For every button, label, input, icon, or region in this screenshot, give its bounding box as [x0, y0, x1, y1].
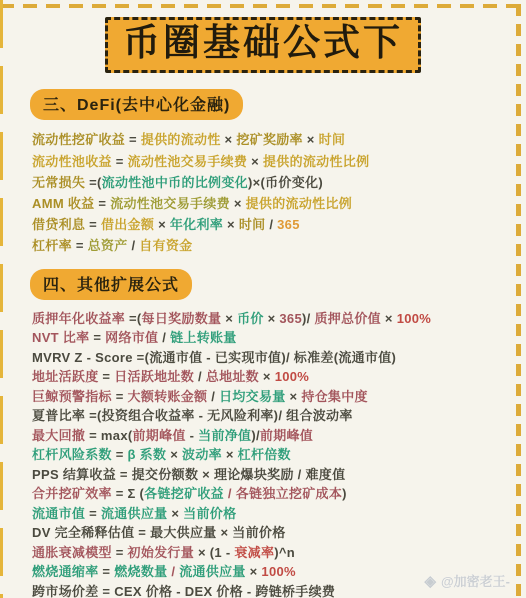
- formula-line: 流动性池收益 = 流动性池交易手续费 × 提供的流动性比例: [32, 151, 526, 172]
- formula-segment: 合并挖矿效率: [32, 486, 116, 501]
- formula-segment: 杠杆率: [32, 238, 76, 253]
- formula-line: AMM 收益 = 流动性池交易手续费 × 提供的流动性比例: [32, 193, 526, 214]
- formula-segment: =: [89, 217, 101, 232]
- formula-segment: 质押总价值: [314, 311, 384, 326]
- formula-segment: 借出金额: [101, 217, 158, 232]
- formula-line: 最大回撤 = max(前期峰值 - 当前净值)/前期峰值: [32, 426, 526, 446]
- formula-segment: 年化利率: [170, 217, 227, 232]
- formula-segment: /: [162, 330, 170, 345]
- section-defi: 三、DeFi(去中心化金融) 流动性挖矿收益 = 提供的流动性 × 挖矿奖励率 …: [0, 73, 526, 256]
- formula-segment: /: [228, 486, 236, 501]
- formula-segment: 币价: [237, 311, 268, 326]
- formula-segment: 通胀衰减模型: [32, 545, 116, 560]
- formula-segment: 借贷利息: [32, 217, 89, 232]
- formula-line: MVRV Z - Score =(流通市值 - 已实现市值)/ 标准差(流通市值…: [32, 348, 526, 368]
- formula-segment: ×: [225, 311, 237, 326]
- dashed-border-left: [0, 0, 3, 598]
- formula-line: 质押年化收益率 =(每日奖励数量 × 币价 × 365)/ 质押总价值 × 10…: [32, 309, 526, 329]
- formula-segment: 100%: [397, 311, 431, 326]
- formula-segment: 当前价格: [183, 506, 236, 521]
- section-extended: 四、其他扩展公式 质押年化收益率 =(每日奖励数量 × 币价 × 365)/ 质…: [0, 257, 526, 598]
- section-extended-heading-pill: 四、其他扩展公式: [30, 269, 192, 300]
- page-title: 币圈基础公式下: [123, 21, 403, 65]
- diamond-icon: ◈: [424, 572, 436, 590]
- formula-line: 流动性挖矿收益 = 提供的流动性 × 挖矿奖励率 × 时间: [32, 129, 526, 150]
- formula-segment: 流通供应量: [101, 506, 171, 521]
- formula-segment: 前期峰值: [132, 428, 189, 443]
- title-box: 币圈基础公式下: [105, 17, 421, 73]
- formula-segment: 跨市场价差 = CEX 价格 - DEX 价格 - 跨链桥手续费: [32, 584, 335, 598]
- formula-segment: 提供的流动性比例: [263, 154, 369, 169]
- formula-segment: 流动性池交易手续费: [128, 154, 252, 169]
- formula-segment: /: [269, 217, 277, 232]
- formula-segment: 100%: [275, 369, 309, 384]
- watermark-handle: @加密老王-: [441, 571, 510, 590]
- formula-segment: 燃烧通缩率: [32, 564, 102, 579]
- formula-segment: =: [89, 506, 101, 521]
- formula-segment: = max(: [89, 428, 132, 443]
- formula-segment: -: [190, 428, 199, 443]
- formula-line: 借贷利息 = 借出金额 × 年化利率 × 时间 / 365: [32, 214, 526, 235]
- formula-line: 合并挖矿效率 = Σ (各链挖矿收益 / 各链独立挖矿成本): [32, 484, 526, 504]
- dashed-border-top: [0, 4, 526, 8]
- formula-segment: 衰减率: [234, 545, 274, 560]
- formula-line: 巨鲸预警指标 = 大额转账金额 / 日均交易量 × 持仓集中度: [32, 387, 526, 407]
- formula-segment: ×: [385, 311, 397, 326]
- formula-segment: 币价变化): [265, 175, 323, 190]
- formula-segment: 初始发行量: [128, 545, 198, 560]
- formula-segment: )×(: [248, 175, 265, 190]
- formula-segment: 大额转账金额: [128, 389, 212, 404]
- formula-segment: ×: [263, 369, 275, 384]
- formula-segment: 流动性挖矿收益: [32, 132, 129, 147]
- formula-segment: 巨鲸预警指标: [32, 389, 116, 404]
- formula-segment: 杠杆倍数: [238, 447, 291, 462]
- formula-segment: 时间: [319, 132, 346, 147]
- formula-segment: ×: [171, 506, 183, 521]
- formula-line: 无常损失 =(流动性池中币的比例变化)×(币价变化): [32, 172, 526, 193]
- formula-segment: 链上转账量: [170, 330, 237, 345]
- formula-segment: 质押年化收益率: [32, 311, 129, 326]
- formula-segment: 杠杆风险系数: [32, 447, 116, 462]
- formula-segment: AMM 收益: [32, 196, 98, 211]
- formula-segment: ×: [290, 389, 302, 404]
- formula-segment: 365: [279, 311, 302, 326]
- formula-segment: )^n: [274, 545, 295, 560]
- formula-segment: =: [98, 196, 110, 211]
- formula-segment: ×: [227, 217, 239, 232]
- formula-segment: 365: [277, 217, 300, 232]
- formula-segment: =: [116, 447, 128, 462]
- formula-segment: 地址活跃度: [32, 369, 102, 384]
- formula-segment: )/: [251, 428, 260, 443]
- formula-segment: 挖矿奖励率: [236, 132, 306, 147]
- formula-segment: 无常损失: [32, 175, 89, 190]
- formula-segment: ×: [158, 217, 170, 232]
- formula-segment: 流通供应量: [179, 564, 249, 579]
- formula-segment: 前期峰值: [260, 428, 313, 443]
- formula-segment: NVT 比率: [32, 330, 93, 345]
- formula-line: 地址活跃度 = 日活跃地址数 / 总地址数 × 100%: [32, 367, 526, 387]
- formula-list-defi: 流动性挖矿收益 = 提供的流动性 × 挖矿奖励率 × 时间流动性池收益 = 流动…: [32, 129, 526, 256]
- formula-segment: ): [342, 486, 347, 501]
- formula-segment: 夏普比率 =(投资组合收益率 - 无风险利率)/ 组合波动率: [32, 408, 353, 423]
- formula-segment: ×: [170, 447, 182, 462]
- formula-line: 夏普比率 =(投资组合收益率 - 无风险利率)/ 组合波动率: [32, 406, 526, 426]
- formula-segment: 燃烧数量: [114, 564, 171, 579]
- formula-segment: 提供的流动性比例: [246, 196, 352, 211]
- formula-segment: β 系数: [128, 447, 171, 462]
- formula-segment: 各链挖矿收益: [144, 486, 228, 501]
- formula-segment: 日均交易量: [219, 389, 289, 404]
- formula-list-extended: 质押年化收益率 =(每日奖励数量 × 币价 × 365)/ 质押总价值 × 10…: [32, 309, 526, 598]
- formula-line: DV 完全稀释估值 = 最大供应量 × 当前价格: [32, 523, 526, 543]
- formula-segment: =: [116, 545, 128, 560]
- formula-line: 流通市值 = 流通供应量 × 当前价格: [32, 504, 526, 524]
- formula-segment: 最大回撤: [32, 428, 89, 443]
- formula-segment: 提供的流动性: [141, 132, 225, 147]
- infographic-page: 币圈基础公式下 三、DeFi(去中心化金融) 流动性挖矿收益 = 提供的流动性 …: [0, 0, 526, 598]
- formula-segment: =(: [89, 175, 102, 190]
- formula-segment: =: [129, 132, 141, 147]
- formula-segment: ×: [251, 154, 263, 169]
- formula-segment: 流动性池收益: [32, 154, 116, 169]
- formula-segment: 100%: [261, 564, 295, 579]
- formula-segment: =: [76, 238, 88, 253]
- formula-segment: =: [116, 154, 128, 169]
- formula-line: 杠杆率 = 总资产 / 自有资金: [32, 235, 526, 256]
- formula-segment: =: [102, 369, 114, 384]
- section-extended-heading: 四、其他扩展公式: [43, 277, 179, 294]
- formula-line: NVT 比率 = 网络市值 / 链上转账量: [32, 328, 526, 348]
- formula-segment: 日活跃地址数: [114, 369, 198, 384]
- formula-line: PPS 结算收益 = 提交份额数 × 理论爆块奖励 / 难度值: [32, 465, 526, 485]
- formula-segment: =: [116, 389, 128, 404]
- formula-segment: =: [93, 330, 105, 345]
- formula-segment: 总地址数: [206, 369, 263, 384]
- formula-segment: )/: [302, 311, 314, 326]
- formula-segment: × (1 -: [198, 545, 234, 560]
- formula-segment: /: [198, 369, 206, 384]
- formula-segment: ×: [225, 132, 237, 147]
- formula-line: 杠杆风险系数 = β 系数 × 波动率 × 杠杆倍数: [32, 445, 526, 465]
- formula-segment: ×: [226, 447, 238, 462]
- section-defi-heading: 三、DeFi(去中心化金融): [43, 97, 230, 114]
- formula-segment: ×: [234, 196, 246, 211]
- formula-segment: 自有资金: [139, 238, 192, 253]
- dashed-border-right: [516, 4, 521, 598]
- header: 币圈基础公式下: [0, 17, 526, 73]
- formula-segment: PPS 结算收益 = 提交份额数 × 理论爆块奖励 / 难度值: [32, 467, 345, 482]
- formula-segment: 流动性池中币的比例变化: [102, 175, 248, 190]
- section-defi-heading-pill: 三、DeFi(去中心化金融): [30, 89, 243, 120]
- formula-segment: ×: [268, 311, 280, 326]
- formula-segment: MVRV Z - Score =(流通市值 - 已实现市值)/ 标准差(流通市值…: [32, 350, 396, 365]
- formula-segment: 持仓集中度: [301, 389, 368, 404]
- formula-segment: 流通市值: [32, 506, 89, 521]
- formula-segment: ×: [307, 132, 319, 147]
- formula-segment: 每日奖励数量: [142, 311, 226, 326]
- formula-segment: =: [102, 564, 114, 579]
- formula-segment: 网络市值: [105, 330, 162, 345]
- formula-segment: 总资产: [88, 238, 132, 253]
- watermark: ◈ @加密老王-: [424, 571, 510, 590]
- formula-segment: 时间: [239, 217, 270, 232]
- formula-line: 通胀衰减模型 = 初始发行量 × (1 - 衰减率)^n: [32, 543, 526, 563]
- formula-segment: /: [171, 564, 179, 579]
- formula-segment: 波动率: [182, 447, 226, 462]
- formula-segment: 流动性池交易手续费: [110, 196, 234, 211]
- formula-segment: = Σ (: [116, 486, 144, 501]
- formula-segment: ×: [250, 564, 262, 579]
- formula-segment: DV 完全稀释估值 = 最大供应量 × 当前价格: [32, 525, 286, 540]
- formula-segment: 当前净值: [198, 428, 251, 443]
- formula-segment: /: [211, 389, 219, 404]
- formula-segment: 各链独立挖矿成本: [236, 486, 342, 501]
- formula-segment: =(: [129, 311, 142, 326]
